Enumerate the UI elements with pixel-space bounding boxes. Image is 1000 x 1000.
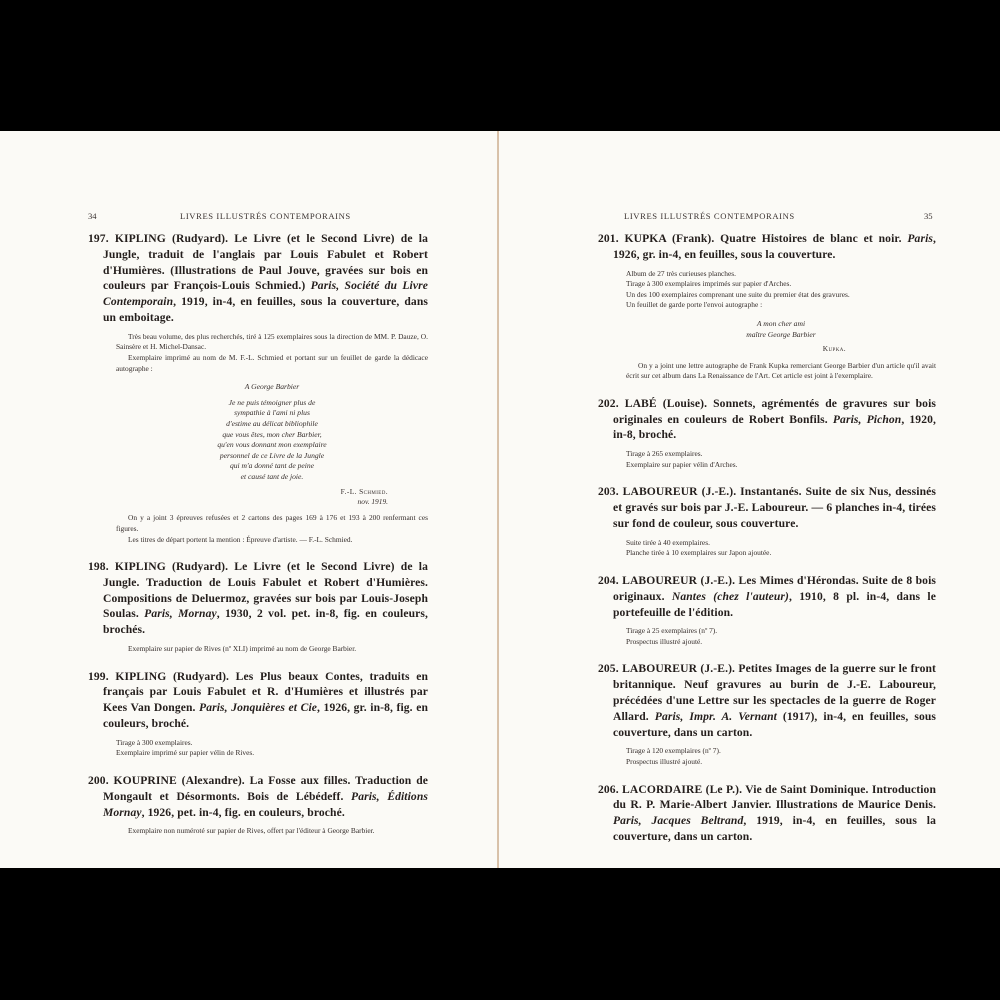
entry-author: KUPKA (Frank). bbox=[625, 232, 715, 245]
dedication-line: personnel de ce Livre de la Jungle bbox=[116, 451, 428, 462]
note-line: Suite tirée à 40 exemplaires. bbox=[626, 538, 936, 549]
dedication-line: et causé tant de joie. bbox=[116, 472, 428, 483]
note-line: On y a joint une lettre autographe de Fr… bbox=[626, 361, 936, 382]
entry-author: KIPLING (Rudyard). bbox=[115, 560, 228, 573]
running-head: LIVRES ILLUSTRÉS CONTEMPORAINS bbox=[624, 211, 795, 221]
signature-name: Kupka. bbox=[598, 344, 846, 354]
catalog-entry-197: 197. KIPLING (Rudyard). Le Livre (et le … bbox=[88, 231, 428, 545]
entry-number: 206. bbox=[598, 783, 619, 796]
entry-author: KIPLING (Rudyard). bbox=[115, 670, 229, 683]
entry-notes: On y a joint une lettre autographe de Fr… bbox=[598, 361, 936, 382]
entry-number: 197. bbox=[88, 232, 109, 245]
entry-format: , 1926, pet. in-4, fig. en couleurs, bro… bbox=[142, 806, 345, 819]
left-column: 197. KIPLING (Rudyard). Le Livre (et le … bbox=[88, 231, 428, 851]
dedication-line: maître George Barbier bbox=[626, 330, 936, 341]
note-line: Les titres de départ portent la mention … bbox=[116, 535, 428, 546]
dedication-line: Je ne puis témoigner plus de bbox=[116, 398, 428, 409]
entry-number: 200. bbox=[88, 774, 109, 787]
entry-heading: 205. LABOUREUR (J.-E.). Petites Images d… bbox=[598, 661, 936, 740]
signature-name: F.-L. Schmied. bbox=[88, 487, 388, 497]
dedication-line: d'estime au délicat bibliophile bbox=[116, 419, 428, 430]
catalog-entry-199: 199. KIPLING (Rudyard). Les Plus beaux C… bbox=[88, 669, 428, 759]
entry-heading: 203. LABOUREUR (J.-E.). Instantanés. Sui… bbox=[598, 484, 936, 531]
note-line: Un des 100 exemplaires comprenant une su… bbox=[626, 290, 936, 301]
note-line: Exemplaire imprimé sur papier vélin de R… bbox=[116, 748, 428, 759]
note-line: Exemplaire sur papier de Rives (nº XLI) … bbox=[116, 644, 428, 655]
note-line: Très beau volume, des plus recherchés, t… bbox=[116, 332, 428, 353]
catalog-entry-206: 206. LACORDAIRE (Le P.). Vie de Saint Do… bbox=[598, 782, 936, 845]
entry-description: Quatre Histoires de blanc et noir. bbox=[714, 232, 907, 245]
note-line: Planche tirée à 10 exemplaires sur Japon… bbox=[626, 548, 936, 559]
note-line: Album de 27 très curieuses planches. bbox=[626, 269, 936, 280]
entry-heading: 202. LABÉ (Louise). Sonnets, agrémentés … bbox=[598, 396, 936, 443]
dedication-signature: F.-L. Schmied. nov. 1919. bbox=[88, 487, 428, 508]
dedication-line: que vous êtes, mon cher Barbier, bbox=[116, 430, 428, 441]
entry-notes: Album de 27 très curieuses planches. Tir… bbox=[598, 269, 936, 311]
entry-author: LABOUREUR (J.-E.). bbox=[623, 485, 737, 498]
entry-author: KOUPRINE (Alexandre). bbox=[114, 774, 245, 787]
entry-number: 201. bbox=[598, 232, 619, 245]
dedication-line: qui m'a donné tant de peine bbox=[116, 461, 428, 472]
catalog-entry-198: 198. KIPLING (Rudyard). Le Livre (et le … bbox=[88, 559, 428, 655]
entry-author: LACORDAIRE (Le P.). bbox=[622, 783, 742, 796]
entry-publisher: Paris, Mornay bbox=[144, 607, 217, 620]
dedication-line: qu'en vous donnant mon exemplaire bbox=[116, 440, 428, 451]
entry-notes: Tirage à 265 exemplaires. Exemplaire sur… bbox=[598, 449, 936, 470]
signature-date: nov. 1919. bbox=[88, 497, 388, 507]
entry-heading: 200. KOUPRINE (Alexandre). La Fosse aux … bbox=[88, 773, 428, 820]
entry-number: 199. bbox=[88, 670, 109, 683]
note-line: Tirage à 25 exemplaires (nº 7). bbox=[626, 626, 936, 637]
running-head: LIVRES ILLUSTRÉS CONTEMPORAINS bbox=[180, 211, 351, 221]
note-line: Tirage à 300 exemplaires. bbox=[116, 738, 428, 749]
entry-heading: 198. KIPLING (Rudyard). Le Livre (et le … bbox=[88, 559, 428, 638]
entry-notes: Tirage à 120 exemplaires (nº 7). Prospec… bbox=[598, 746, 936, 767]
dedication-signature: Kupka. bbox=[598, 344, 936, 354]
page-number: 35 bbox=[924, 211, 933, 221]
note-line: Tirage à 265 exemplaires. bbox=[626, 449, 936, 460]
catalog-entry-204: 204. LABOUREUR (J.-E.). Les Mimes d'Héro… bbox=[598, 573, 936, 648]
catalog-entry-202: 202. LABÉ (Louise). Sonnets, agrémentés … bbox=[598, 396, 936, 471]
entry-number: 203. bbox=[598, 485, 619, 498]
entry-publisher: Paris bbox=[907, 232, 933, 245]
entry-publisher: Nantes (chez l'auteur) bbox=[672, 590, 789, 603]
entry-number: 204. bbox=[598, 574, 619, 587]
book-spread: 34 LIVRES ILLUSTRÉS CONTEMPORAINS 197. K… bbox=[0, 131, 1000, 868]
entry-heading: 201. KUPKA (Frank). Quatre Histoires de … bbox=[598, 231, 936, 263]
entry-number: 205. bbox=[598, 662, 619, 675]
note-line: Un feuillet de garde porte l'envoi autog… bbox=[626, 300, 936, 311]
note-line: Exemplaire sur papier vélin d'Arches. bbox=[626, 460, 936, 471]
note-line: On y a joint 3 épreuves refusées et 2 ca… bbox=[116, 513, 428, 534]
entry-number: 202. bbox=[598, 397, 619, 410]
dedication-title: A George Barbier bbox=[116, 382, 428, 393]
right-page: LIVRES ILLUSTRÉS CONTEMPORAINS 35 201. K… bbox=[500, 131, 1000, 868]
page-number: 34 bbox=[88, 211, 97, 221]
entry-author: LABOUREUR (J.-E.). bbox=[622, 662, 735, 675]
note-line: Tirage à 120 exemplaires (nº 7). bbox=[626, 746, 936, 757]
note-line: Exemplaire non numéroté sur papier de Ri… bbox=[116, 826, 428, 837]
note-line: Tirage à 300 exemplaires imprimés sur pa… bbox=[626, 279, 936, 290]
entry-notes: Tirage à 300 exemplaires. Exemplaire imp… bbox=[88, 738, 428, 759]
catalog-entry-201: 201. KUPKA (Frank). Quatre Histoires de … bbox=[598, 231, 936, 382]
entry-notes: On y a joint 3 épreuves refusées et 2 ca… bbox=[88, 513, 428, 545]
catalog-entry-203: 203. LABOUREUR (J.-E.). Instantanés. Sui… bbox=[598, 484, 936, 559]
entry-heading: 199. KIPLING (Rudyard). Les Plus beaux C… bbox=[88, 669, 428, 732]
dedication-line: sympathie à l'ami ni plus bbox=[116, 408, 428, 419]
entry-heading: 197. KIPLING (Rudyard). Le Livre (et le … bbox=[88, 231, 428, 326]
entry-number: 198. bbox=[88, 560, 109, 573]
catalog-entry-200: 200. KOUPRINE (Alexandre). La Fosse aux … bbox=[88, 773, 428, 837]
catalog-entry-205: 205. LABOUREUR (J.-E.). Petites Images d… bbox=[598, 661, 936, 767]
entry-notes: Tirage à 25 exemplaires (nº 7). Prospect… bbox=[598, 626, 936, 647]
dedication-block: A George Barbier Je ne puis témoigner pl… bbox=[116, 382, 428, 482]
entry-heading: 204. LABOUREUR (J.-E.). Les Mimes d'Héro… bbox=[598, 573, 936, 620]
left-page: 34 LIVRES ILLUSTRÉS CONTEMPORAINS 197. K… bbox=[0, 131, 497, 868]
dedication-block: A mon cher ami maître George Barbier bbox=[626, 319, 936, 340]
right-column: 201. KUPKA (Frank). Quatre Histoires de … bbox=[598, 231, 936, 859]
entry-author: KIPLING (Rudyard). bbox=[115, 232, 228, 245]
book-gutter bbox=[497, 131, 499, 868]
note-line: Exemplaire imprimé au nom de M. F.-L. Sc… bbox=[116, 353, 428, 374]
entry-notes: Très beau volume, des plus recherchés, t… bbox=[88, 332, 428, 374]
entry-publisher: Paris, Jonquières et Cie bbox=[199, 701, 317, 714]
note-line: Prospectus illustré ajouté. bbox=[626, 757, 936, 768]
entry-publisher: Paris, Pichon bbox=[833, 413, 901, 426]
entry-publisher: Paris, Impr. A. Vernant bbox=[655, 710, 777, 723]
entry-notes: Suite tirée à 40 exemplaires. Planche ti… bbox=[598, 538, 936, 559]
note-line: Prospectus illustré ajouté. bbox=[626, 637, 936, 648]
entry-author: LABOUREUR (J.-E.). bbox=[622, 574, 735, 587]
entry-publisher: Paris, Jacques Beltrand bbox=[613, 814, 743, 827]
entry-heading: 206. LACORDAIRE (Le P.). Vie de Saint Do… bbox=[598, 782, 936, 845]
dedication-line: A mon cher ami bbox=[626, 319, 936, 330]
entry-author: LABÉ (Louise). bbox=[625, 397, 707, 410]
entry-notes: Exemplaire sur papier de Rives (nº XLI) … bbox=[88, 644, 428, 655]
entry-notes: Exemplaire non numéroté sur papier de Ri… bbox=[88, 826, 428, 837]
